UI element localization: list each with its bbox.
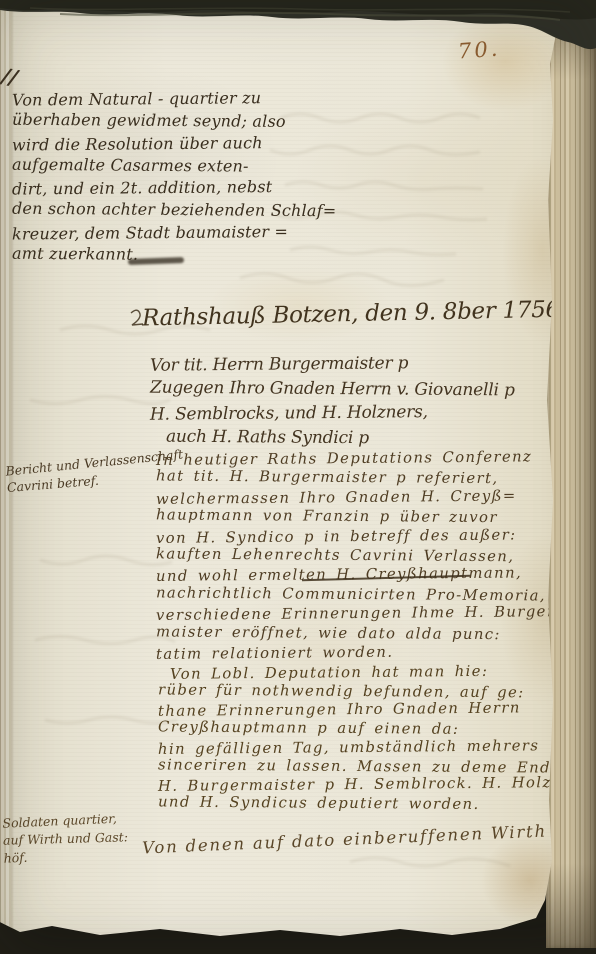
summary-continuation-block: Von dem Natural - quartier zu überhaben … [12,88,336,266]
handwritten-line: Zugegen Ihro Gnaden Herrn v. Giovanelli … [150,375,515,402]
handwritten-line: überhaben gewidmet seynd; also [12,109,337,134]
manuscript-scan: 70. // Von dem Natural - quartier zu übe… [0,0,596,954]
handwritten-line: den schon achter beziehenden Schlaf= [12,198,337,223]
handwritten-line: Von dem Natural - quartier zu [12,86,337,111]
handwritten-line: tatim relationiert worden. [156,641,562,664]
handwritten-line: Vor tit. Herrn Burgermaister p [150,350,515,378]
handwritten-line: aufgemalte Casarmes exten- [12,154,337,179]
entry1-resolution-block: Von Lobl. Deputation hat man hie: rüber … [158,664,561,814]
margin-note-entry2: Soldaten quartier, auf Wirth und Gast: h… [2,810,129,867]
handwritten-line: und H. Syndicus deputiert worden. [158,793,561,815]
book-page-stack-edge [546,4,596,948]
handwritten-line: wird die Resolution über auch [12,131,337,156]
handwritten-line: amt zuerkannt. [12,243,337,268]
handwritten-line: kreuzer, dem Stadt baumaister = [12,220,337,245]
handwritten-line: H. Semblrocks, und H. Holzners, [150,399,515,427]
attendance-block: Vor tit. Herrn Burgermaister p Zugegen I… [150,352,515,450]
book-top-edge [0,0,596,70]
manuscript-page: 70. // Von dem Natural - quartier zu übe… [0,0,596,954]
entry1-body-block: In heutiger Raths Deputations Conferenz … [156,449,562,662]
